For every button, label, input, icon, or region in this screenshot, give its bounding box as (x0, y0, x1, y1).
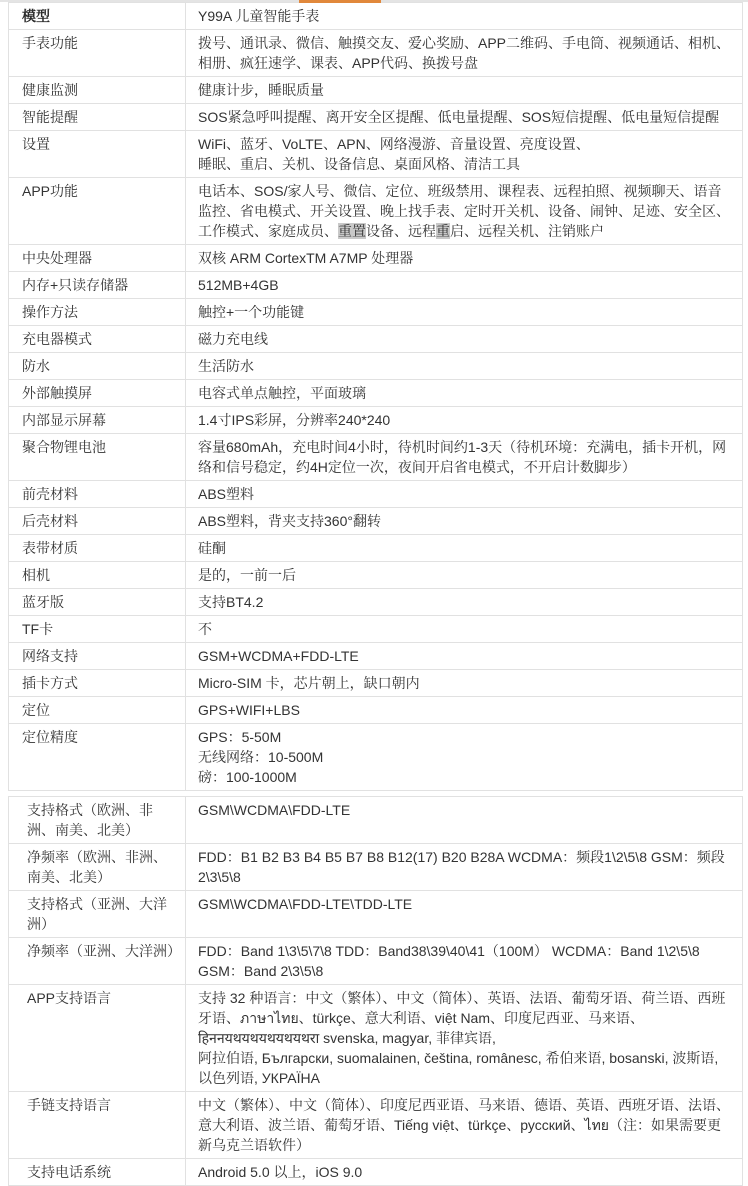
spec-label: 中央处理器 (9, 245, 186, 272)
spec-label: 防水 (9, 353, 186, 380)
table-row: APP支持语言 支持 32 种语言：中文（繁体）、中文（简体）、英语、法语、葡萄… (9, 985, 743, 1092)
table-row: 充电器模式 磁力充电线 (9, 326, 743, 353)
table-row: 相机 是的，一前一后 (9, 562, 743, 589)
spec-label: 插卡方式 (9, 670, 186, 697)
spec-value: GPS+WIFI+LBS (186, 697, 743, 724)
table-row: 设置 WiFi、蓝牙、VoLTE、APN、网络漫游、音量设置、亮度设置、 睡眠、… (9, 131, 743, 178)
table-row: 后壳材料 ABS塑料，背夹支持360°翻转 (9, 508, 743, 535)
table-row: 支持格式（亚洲、大洋洲） GSM\WCDMA\FDD-LTE\TDD-LTE (9, 891, 743, 938)
spec-table: 模型 Y99A 儿童智能手表 手表功能 拨号、通讯录、微信、触摸交友、爱心奖励、… (8, 2, 743, 791)
spec-label: TF卡 (9, 616, 186, 643)
spec-label: 网络支持 (9, 643, 186, 670)
network-spec-table: 支持格式（欧洲、非洲、南美、北美） GSM\WCDMA\FDD-LTE 净频率（… (8, 796, 743, 1186)
spec-value: 磁力充电线 (186, 326, 743, 353)
spec-value: FDD：Band 1\3\5\7\8 TDD：Band38\39\40\41（1… (186, 938, 743, 985)
spec-value: Android 5.0 以上，iOS 9.0 (186, 1159, 743, 1186)
spec-label: 支持格式（欧洲、非洲、南美、北美） (9, 797, 186, 844)
spec-value: 支持BT4.2 (186, 589, 743, 616)
tab-strip-border (0, 0, 748, 2)
table-row: 中央处理器 双核 ARM CortexTM A7MP 处理器 (9, 245, 743, 272)
table-row: 支持格式（欧洲、非洲、南美、北美） GSM\WCDMA\FDD-LTE (9, 797, 743, 844)
spec-label: 手表功能 (9, 30, 186, 77)
spec-label: 充电器模式 (9, 326, 186, 353)
spec-value: ABS塑料，背夹支持360°翻转 (186, 508, 743, 535)
spec-label: APP功能 (9, 178, 186, 245)
spec-label: 内部显示屏幕 (9, 407, 186, 434)
spec-label: 操作方法 (9, 299, 186, 326)
table-row: APP功能 电话本、SOS/家人号、微信、定位、班级禁用、课程表、远程拍照、视频… (9, 178, 743, 245)
table-row: 聚合物锂电池 容量680mAh，充电时间4小时，待机时间约1-3天（待机环境：充… (9, 434, 743, 481)
spec-label: 相机 (9, 562, 186, 589)
spec-value: GSM+WCDMA+FDD-LTE (186, 643, 743, 670)
table-row: 外部触摸屏 电容式单点触控，平面玻璃 (9, 380, 743, 407)
table-row: 手链支持语言 中文（繁体）、中文（简体）、印度尼西亚语、马来语、德语、英语、西班… (9, 1092, 743, 1159)
table-row: 操作方法 触控+一个功能键 (9, 299, 743, 326)
table-row: 防水 生活防水 (9, 353, 743, 380)
spec-label: 蓝牙版 (9, 589, 186, 616)
spec-value: 双核 ARM CortexTM A7MP 处理器 (186, 245, 743, 272)
spec-label: 支持电话系统 (9, 1159, 186, 1186)
table-row: 定位 GPS+WIFI+LBS (9, 697, 743, 724)
table-row: 净频率（欧洲、非洲、南美、北美） FDD：B1 B2 B3 B4 B5 B7 B… (9, 844, 743, 891)
spec-section: 模型 Y99A 儿童智能手表 手表功能 拨号、通讯录、微信、触摸交友、爱心奖励、… (0, 2, 748, 1186)
table-row: 插卡方式 Micro-SIM 卡，芯片朝上，缺口朝内 (9, 670, 743, 697)
spec-label: 聚合物锂电池 (9, 434, 186, 481)
spec-value: 电话本、SOS/家人号、微信、定位、班级禁用、课程表、远程拍照、视频聊天、语音监… (186, 178, 743, 245)
spec-label: 手链支持语言 (9, 1092, 186, 1159)
spec-value: GSM\WCDMA\FDD-LTE (186, 797, 743, 844)
table-row: 净频率（亚洲、大洋洲） FDD：Band 1\3\5\7\8 TDD：Band3… (9, 938, 743, 985)
table-row: 蓝牙版 支持BT4.2 (9, 589, 743, 616)
spec-label: 模型 (9, 3, 186, 30)
spec-value: 电容式单点触控，平面玻璃 (186, 380, 743, 407)
spec-label: 定位精度 (9, 724, 186, 791)
spec-value: GSM\WCDMA\FDD-LTE\TDD-LTE (186, 891, 743, 938)
spec-value: 不 (186, 616, 743, 643)
spec-label: 表带材质 (9, 535, 186, 562)
spec-label: 健康监测 (9, 77, 186, 104)
spec-value: 拨号、通讯录、微信、触摸交友、爱心奖励、APP二维码、手电筒、视频通话、相机、相… (186, 30, 743, 77)
spec-label: 净频率（欧洲、非洲、南美、北美） (9, 844, 186, 891)
spec-value: 容量680mAh，充电时间4小时，待机时间约1-3天（待机环境：充满电，插卡开机… (186, 434, 743, 481)
spec-label: 支持格式（亚洲、大洋洲） (9, 891, 186, 938)
table-row: 智能提醒 SOS紧急呼叫提醒、离开安全区提醒、低电量提醒、SOS短信提醒、低电量… (9, 104, 743, 131)
spec-value: WiFi、蓝牙、VoLTE、APN、网络漫游、音量设置、亮度设置、 睡眠、重启、… (186, 131, 743, 178)
spec-value: 中文（繁体）、中文（简体）、印度尼西亚语、马来语、德语、英语、西班牙语、法语、意… (186, 1092, 743, 1159)
table-row: 模型 Y99A 儿童智能手表 (9, 3, 743, 30)
table-row: 定位精度 GPS：5-50M 无线网络：10-500M 磅：100-1000M (9, 724, 743, 791)
spec-value: GPS：5-50M 无线网络：10-500M 磅：100-1000M (186, 724, 743, 791)
spec-label: 净频率（亚洲、大洋洲） (9, 938, 186, 985)
spec-value: 1.4寸IPS彩屏，分辨率240*240 (186, 407, 743, 434)
spec-value: 512MB+4GB (186, 272, 743, 299)
spec-label: 前壳材料 (9, 481, 186, 508)
active-tab-indicator (299, 0, 381, 3)
table-row: 网络支持 GSM+WCDMA+FDD-LTE (9, 643, 743, 670)
spec-value: 支持 32 种语言：中文（繁体）、中文（简体）、英语、法语、葡萄牙语、荷兰语、西… (186, 985, 743, 1092)
spec-label: 定位 (9, 697, 186, 724)
spec-label: 内存+只读存储器 (9, 272, 186, 299)
table-row: 前壳材料 ABS塑料 (9, 481, 743, 508)
table-row: 支持电话系统 Android 5.0 以上，iOS 9.0 (9, 1159, 743, 1186)
table-row: 手表功能 拨号、通讯录、微信、触摸交友、爱心奖励、APP二维码、手电筒、视频通话… (9, 30, 743, 77)
spec-value: 生活防水 (186, 353, 743, 380)
spec-value: 健康计步，睡眠质量 (186, 77, 743, 104)
spec-value: ABS塑料 (186, 481, 743, 508)
spec-value: SOS紧急呼叫提醒、离开安全区提醒、低电量提醒、SOS短信提醒、低电量短信提醒 (186, 104, 743, 131)
spec-value: 触控+一个功能键 (186, 299, 743, 326)
spec-label: 外部触摸屏 (9, 380, 186, 407)
spec-value: Micro-SIM 卡，芯片朝上，缺口朝内 (186, 670, 743, 697)
spec-label: 设置 (9, 131, 186, 178)
spec-value: FDD：B1 B2 B3 B4 B5 B7 B8 B12(17) B20 B28… (186, 844, 743, 891)
table-row: 内部显示屏幕 1.4寸IPS彩屏，分辨率240*240 (9, 407, 743, 434)
table-row: 内存+只读存储器 512MB+4GB (9, 272, 743, 299)
spec-value: Y99A 儿童智能手表 (186, 3, 743, 30)
table-row: 健康监测 健康计步，睡眠质量 (9, 77, 743, 104)
spec-label: 后壳材料 (9, 508, 186, 535)
spec-label: APP支持语言 (9, 985, 186, 1092)
spec-value: 硅酮 (186, 535, 743, 562)
spec-label: 智能提醒 (9, 104, 186, 131)
table-row: 表带材质 硅酮 (9, 535, 743, 562)
spec-value: 是的，一前一后 (186, 562, 743, 589)
table-row: TF卡 不 (9, 616, 743, 643)
